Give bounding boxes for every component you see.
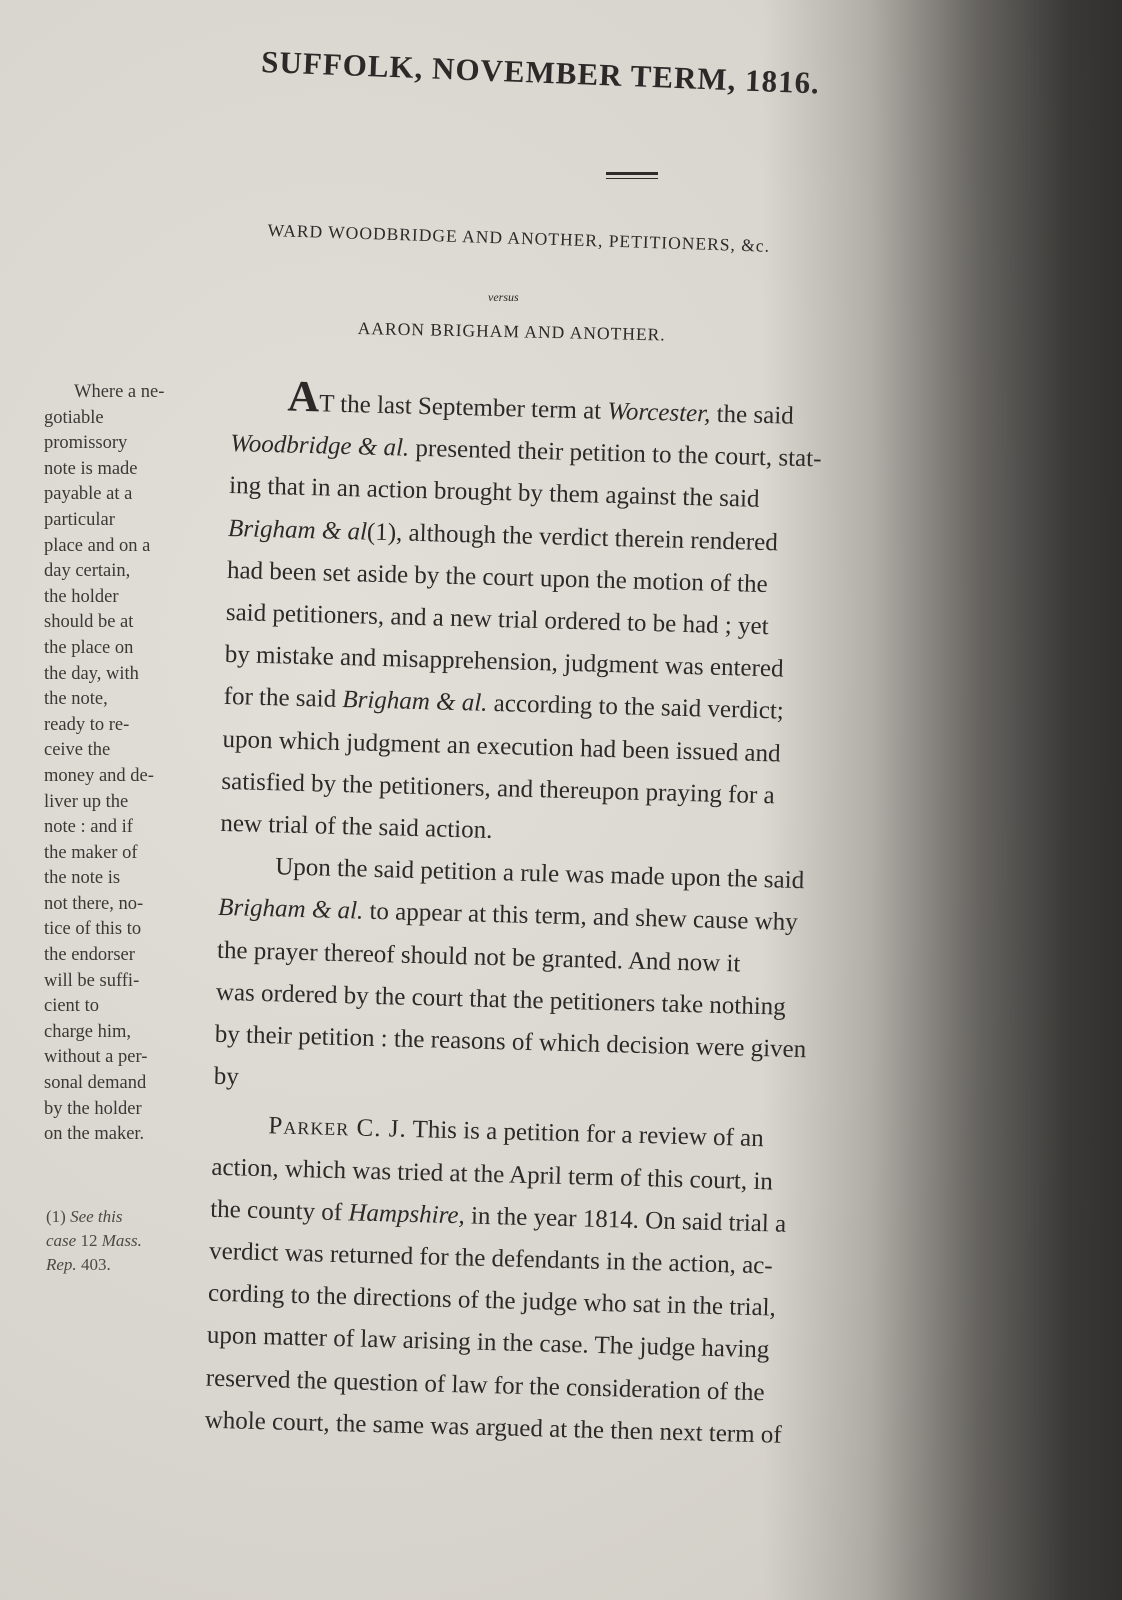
marginal-line: day certain, (44, 559, 214, 585)
marginal-line: tice of this to (44, 917, 214, 943)
marginal-line: the place on (44, 636, 214, 662)
marginal-line: promissory (44, 431, 214, 457)
footnote-line-3: Rep. 403. (46, 1253, 216, 1277)
marginal-line: Where a ne- (44, 380, 214, 406)
case-petitioners: WARD WOODBRIDGE AND ANOTHER, PETITIONERS… (267, 220, 770, 257)
footnote: (1) See this case 12 Mass. Rep. 403. (46, 1205, 216, 1277)
footnote-line-2: case 12 Mass. (46, 1229, 216, 1253)
marginal-line: place and on a (44, 534, 214, 560)
marginal-line: the maker of (44, 841, 214, 867)
marginal-line: payable at a (44, 482, 214, 508)
footnote-volume: 12 (80, 1231, 97, 1250)
marginal-line: the note, (44, 687, 214, 713)
marginal-line: note is made (44, 457, 214, 483)
scanned-page: SUFFOLK, NOVEMBER TERM, 1816. WARD WOODB… (0, 0, 1122, 1600)
footnote-italic: case (46, 1231, 76, 1250)
marginal-line: on the maker. (44, 1122, 214, 1148)
footnote-line-1: (1) See this (46, 1205, 216, 1229)
marginal-line: should be at (44, 610, 214, 636)
footnote-reporter: Mass. (102, 1231, 142, 1250)
marginal-line: liver up the (44, 790, 214, 816)
marginal-line: money and de- (44, 764, 214, 790)
marginal-line: gotiable (44, 406, 214, 432)
footnote-reporter: Rep. (46, 1255, 77, 1274)
marginal-line: not there, no- (44, 892, 214, 918)
marginal-line: particular (44, 508, 214, 534)
footnote-italic: See this (70, 1207, 122, 1226)
rule-thick (606, 172, 658, 175)
marginal-line: without a per- (44, 1045, 214, 1071)
marginal-line: note : and if (44, 815, 214, 841)
marginal-line: cient to (44, 994, 214, 1020)
marginal-line: the holder (44, 585, 214, 611)
footnote-page: 403. (81, 1255, 111, 1274)
rule-thin (606, 178, 658, 179)
drop-cap: A (287, 371, 320, 421)
marginal-line: sonal demand (44, 1071, 214, 1097)
ornamental-rule (606, 172, 658, 179)
marginal-line: the endorser (44, 943, 214, 969)
speaker-name: Parker C. J. (268, 1113, 407, 1144)
marginal-line: ready to re- (44, 713, 214, 739)
marginal-line: charge him, (44, 1020, 214, 1046)
marginal-line: by the holder (44, 1097, 214, 1123)
marginal-note: Where a ne- gotiable promissory note is … (44, 380, 214, 1148)
running-header: SUFFOLK, NOVEMBER TERM, 1816. (261, 44, 821, 101)
marginal-line: ceive the (44, 738, 214, 764)
marginal-line: the note is (44, 866, 214, 892)
case-versus: versus (488, 290, 519, 305)
body-text: AT the last September term at Worcester,… (204, 380, 1052, 1463)
marginal-line: will be suffi- (44, 969, 214, 995)
footnote-marker: (1) (46, 1207, 66, 1226)
marginal-line: the day, with (44, 662, 214, 688)
case-respondents: AARON BRIGHAM AND ANOTHER. (358, 318, 666, 345)
